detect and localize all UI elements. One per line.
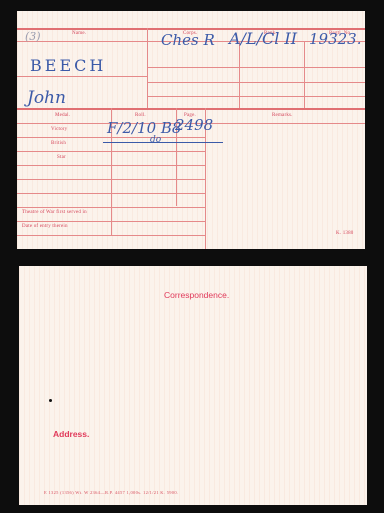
rule-medal-header [17, 108, 365, 110]
regtl-no-value: 19323. [309, 30, 362, 48]
ditto-mark: do [150, 135, 161, 145]
surname: BEECH [30, 56, 106, 75]
rule [17, 235, 205, 236]
medal-index-card-front: Name. Corps. Rank. Regtl. No. Medal. Rol… [17, 11, 365, 249]
medal-row-british: British [51, 141, 66, 146]
theatre-label: Theatre of War first served in [22, 210, 87, 215]
forename: John [27, 88, 66, 108]
rule [147, 67, 365, 68]
printer-line: E 1325 (1356) Wt. W 2364—R.P. 4457 1,000… [44, 490, 178, 495]
rule [147, 82, 365, 83]
rank-value: A/L/Cl II [229, 29, 297, 48]
rule [17, 76, 147, 77]
corner-mark: (3) [25, 30, 41, 43]
medal-index-card-back: Correspondence. Address. E 1325 (1356) W… [19, 266, 367, 505]
header-roll: Roll. [135, 113, 146, 118]
roll-value: F/2/10 B8 [107, 119, 181, 137]
ink-dot [49, 399, 52, 402]
rule-v [239, 41, 240, 108]
ditto-line [103, 142, 223, 143]
corps-value: Ches R [161, 31, 215, 49]
header-remarks: Remarks. [272, 113, 293, 118]
correspondence-label: Correspondence. [164, 290, 229, 300]
header-medal: Medal. [55, 113, 70, 118]
header-name: Name. [72, 31, 86, 36]
page-value: 2498 [175, 116, 213, 134]
medal-row-victory: Victory [51, 127, 67, 132]
form-code: K. 1380 [336, 231, 354, 236]
address-label: Address. [53, 429, 89, 439]
rule-v [147, 28, 148, 108]
date-entry-label: Date of entry therein [22, 224, 68, 229]
rule-v [304, 41, 305, 108]
rule [147, 96, 365, 97]
medal-row-star: Star [57, 155, 66, 160]
